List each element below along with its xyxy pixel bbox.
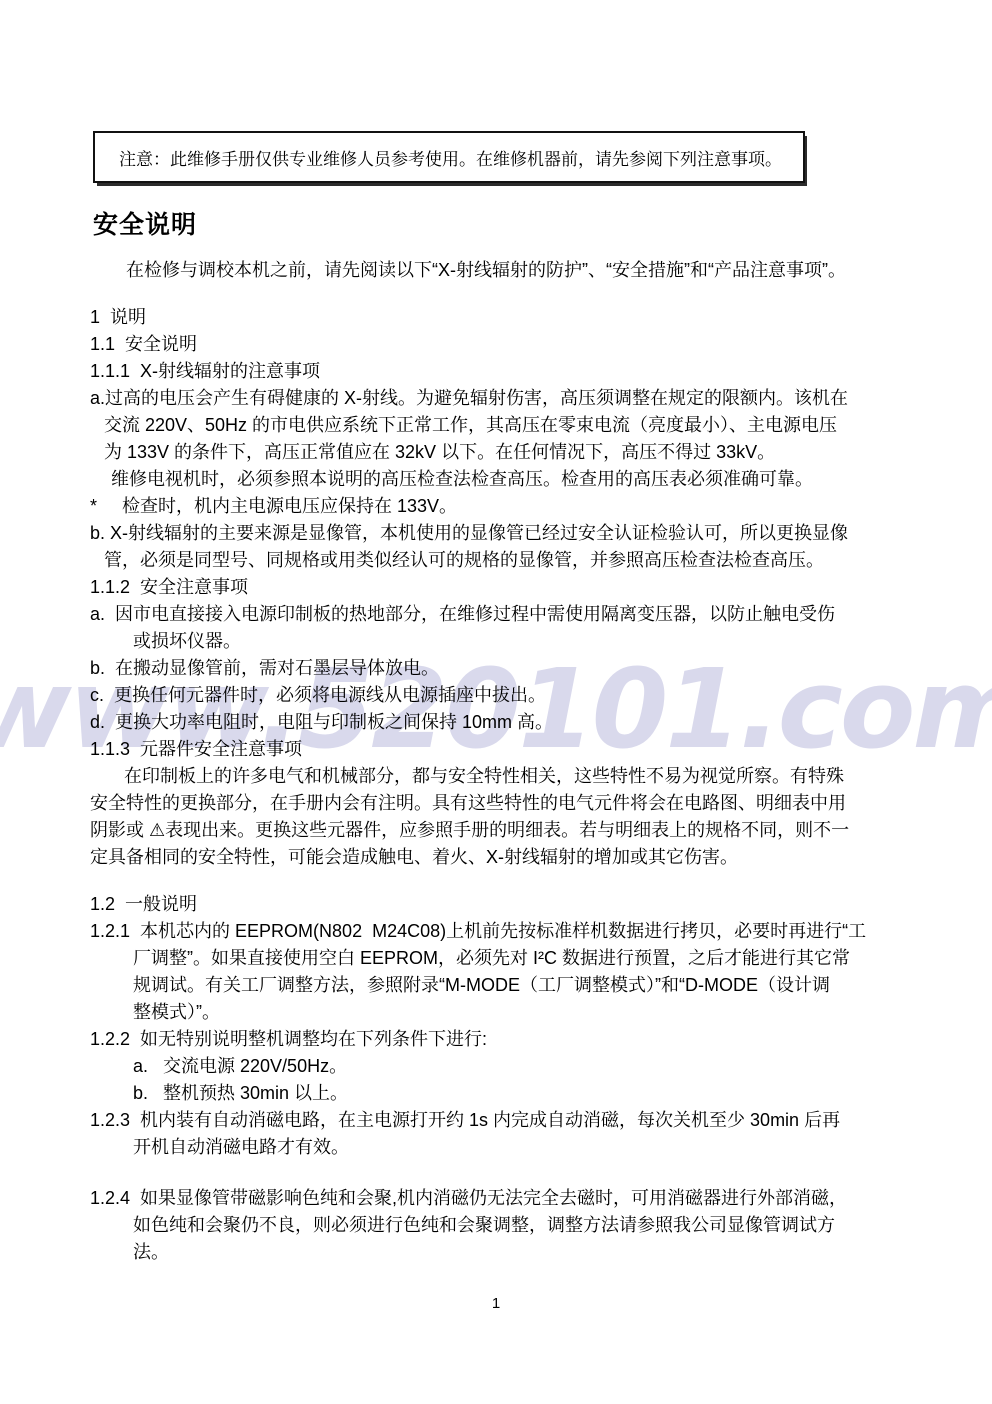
text-line: 厂调整”。如果直接使用空白 EEPROM，必须先对 I²C 数据进行预置，之后才…: [90, 945, 992, 972]
text-line: a. 因市电直接接入电源印制板的热地部分，在维修过程中需使用隔离变压器，以防止触…: [90, 601, 992, 628]
text-line: 定具备相同的安全特性，可能会造成触电、着火、X-射线辐射的增加或其它伤害。: [90, 844, 992, 871]
blank-line: [90, 1161, 992, 1185]
blank-line: [90, 871, 992, 891]
text-line: d. 更换大功率电阻时，电阻与印制板之间保持 10mm 高。: [90, 709, 992, 736]
text-line: b. 在搬动显像管前，需对石墨层导体放电。: [90, 655, 992, 682]
text-line: 1.2.3 机内装有自动消磁电路，在主电源打开约 1s 内完成自动消磁，每次关机…: [90, 1107, 992, 1134]
text-line: 法。: [90, 1239, 992, 1266]
text-line: 在检修与调校本机之前，请先阅读以下“X-射线辐射的防护”、“安全措施”和“产品注…: [90, 257, 992, 284]
text-line: c. 更换任何元器件时，必须将电源线从电源插座中拔出。: [90, 682, 992, 709]
text-line: 为 133V 的条件下，高压正常值应在 32kV 以下。在任何情况下，高压不得过…: [90, 439, 992, 466]
text-line: 开机自动消磁电路才有效。: [90, 1134, 992, 1161]
text-line: 1.1.3 元器件安全注意事项: [90, 736, 992, 763]
text-line: 1.2.1 本机芯内的 EEPROM(N802 M24C08)上机前先按标准样机…: [90, 918, 992, 945]
document-page: www.520101.com 注意：此维修手册仅供专业维修人员参考使用。在维修机…: [0, 0, 992, 1404]
text-line: a. 交流电源 220V/50Hz。: [90, 1053, 992, 1080]
text-line: 1.1 安全说明: [90, 331, 992, 358]
text-line: 1.2.2 如无特别说明整机调整均在下列条件下进行:: [90, 1026, 992, 1053]
text-line: * 检查时，机内主电源电压应保持在 133V。: [90, 493, 992, 520]
text-line: 整模式）”。: [90, 999, 992, 1026]
text-line: 1.1.2 安全注意事项: [90, 574, 992, 601]
text-line: 安全特性的更换部分，在手册内会有注明。具有这些特性的电气元件将会在电路图、明细表…: [90, 790, 992, 817]
document-body: 在检修与调校本机之前，请先阅读以下“X-射线辐射的防护”、“安全措施”和“产品注…: [90, 257, 992, 1266]
notice-box: 注意：此维修手册仅供专业维修人员参考使用。在维修机器前，请先参阅下列注意事项。: [93, 131, 805, 183]
text-line: 交流 220V、50Hz 的市电供应系统下正常工作，其高压在零束电流（亮度最小）…: [90, 412, 992, 439]
text-line: 维修电视机时，必须参照本说明的高压检查法检查高压。检查用的高压表必须准确可靠。: [90, 466, 992, 493]
text-line: 或损坏仪器。: [90, 628, 992, 655]
text-line: 规调试。有关工厂调整方法，参照附录“M-MODE（工厂调整模式）”和“D-MOD…: [90, 972, 992, 999]
text-line: 如色纯和会聚仍不良，则必须进行色纯和会聚调整，调整方法请参照我公司显像管调试方: [90, 1212, 992, 1239]
text-line: 管，必须是同型号、同规格或用类似经认可的规格的显像管，并参照高压检查法检查高压。: [90, 547, 992, 574]
text-line: 1.2.4 如果显像管带磁影响色纯和会聚,机内消磁仍无法完全去磁时，可用消磁器进…: [90, 1185, 992, 1212]
content-layer: 注意：此维修手册仅供专业维修人员参考使用。在维修机器前，请先参阅下列注意事项。 …: [0, 131, 992, 1266]
text-line: 1.2 一般说明: [90, 891, 992, 918]
text-line: 1 说明: [90, 304, 992, 331]
page-title: 安全说明: [93, 210, 992, 240]
text-line: b. X-射线辐射的主要来源是显像管，本机使用的显像管已经过安全认证检验认可，所…: [90, 520, 992, 547]
text-line: 1.1.1 X-射线辐射的注意事项: [90, 358, 992, 385]
text-line: b. 整机预热 30min 以上。: [90, 1080, 992, 1107]
text-line: 阴影或 ⚠表现出来。更换这些元器件，应参照手册的明细表。若与明细表上的规格不同，…: [90, 817, 992, 844]
text-line: 在印制板上的许多电气和机械部分，都与安全特性相关，这些特性不易为视觉所察。有特殊: [90, 763, 992, 790]
notice-text: 注意：此维修手册仅供专业维修人员参考使用。在维修机器前，请先参阅下列注意事项。: [119, 145, 782, 170]
blank-line: [90, 284, 992, 304]
page-number: 1: [0, 1295, 992, 1312]
text-line: a.过高的电压会产生有碍健康的 X-射线。为避免辐射伤害，高压须调整在规定的限额…: [90, 385, 992, 412]
